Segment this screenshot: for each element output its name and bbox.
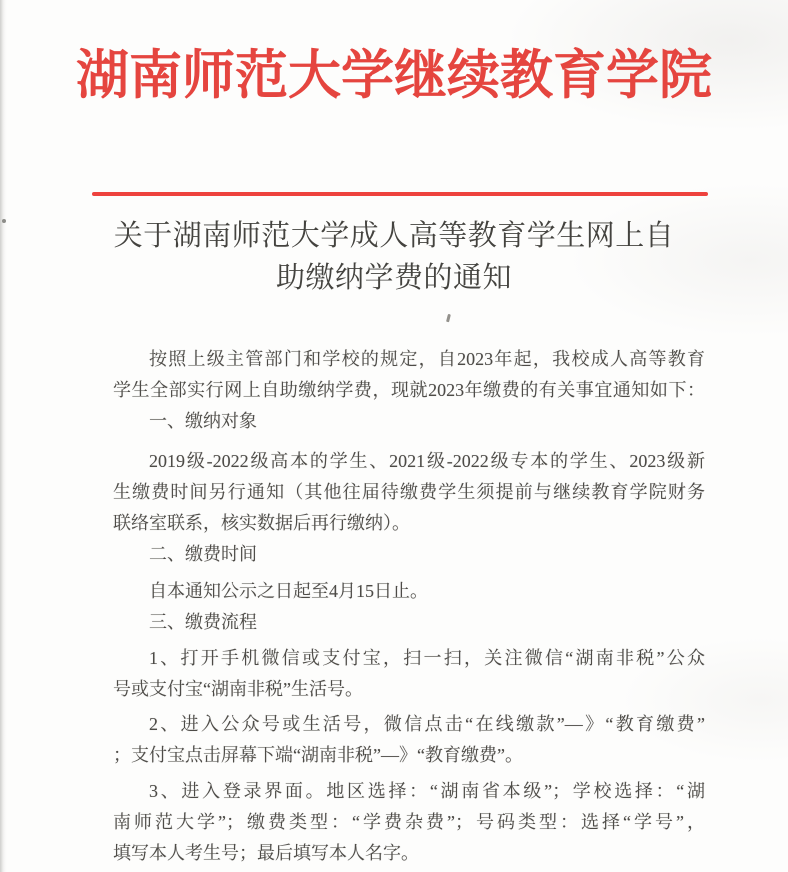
scan-apostrophe-artifact: [446, 314, 451, 322]
section-heading-3: 三、缴费流程: [113, 607, 705, 638]
letterhead-organization-name: 湖南师范大学继续教育学院: [0, 44, 788, 108]
scan-left-edge-artifact: [0, 0, 7, 872]
body-line: 填写本人考生号；最后填写本人名字。: [113, 838, 705, 869]
body-line: 号或支付宝“湖南非税”生活号。: [113, 674, 705, 705]
body-line: 3、进入登录界面。地区选择：“湖南省本级”；学校选择：“湖: [113, 776, 705, 807]
scanned-notice-page: 湖南师范大学继续教育学院 关于湖南师范大学成人高等教育学生网上自 助缴纳学费的通…: [0, 0, 788, 872]
notice-body: 按照上级主管部门和学校的规定，自2023年起，我校成人高等教育 学生全部实行网上…: [113, 344, 705, 869]
body-line: 学生全部实行网上自助缴纳学费，现就2023年缴费的有关事宜通知如下：: [113, 375, 705, 406]
body-line: 2、进入公众号或生活号，微信点击“在线缴款”—》“教育缴费”: [113, 709, 705, 740]
section-heading-1: 一、缴纳对象: [113, 406, 705, 437]
body-line: 2019级-2022级高本的学生、2021级-2022级专本的学生、2023级新: [113, 446, 705, 477]
notice-title-line2: 助缴纳学费的通知: [0, 257, 788, 299]
notice-title: 关于湖南师范大学成人高等教育学生网上自 助缴纳学费的通知: [0, 215, 788, 299]
body-line: 自本通知公示之日起至4月15日止。: [113, 576, 705, 607]
body-line: 联络室联系，核实数据后再行缴纳）。: [113, 508, 705, 539]
notice-title-line1: 关于湖南师范大学成人高等教育学生网上自: [0, 215, 788, 257]
body-line: 1、打开手机微信或支付宝，扫一扫，关注微信“湖南非税”公众: [113, 643, 705, 674]
body-line: 南师范大学”；缴费类型：“学费杂费”；号码类型：选择“学号”，: [113, 807, 705, 838]
red-divider-rule: [92, 192, 708, 196]
body-line: 按照上级主管部门和学校的规定，自2023年起，我校成人高等教育: [113, 344, 705, 375]
body-line: ；支付宝点击屏幕下端“湖南非税”—》“教育缴费”。: [113, 740, 705, 771]
body-line: 生缴费时间另行通知（其他往届待缴费学生须提前与继续教育学院财务: [113, 477, 705, 508]
section-heading-2: 二、缴费时间: [113, 539, 705, 570]
